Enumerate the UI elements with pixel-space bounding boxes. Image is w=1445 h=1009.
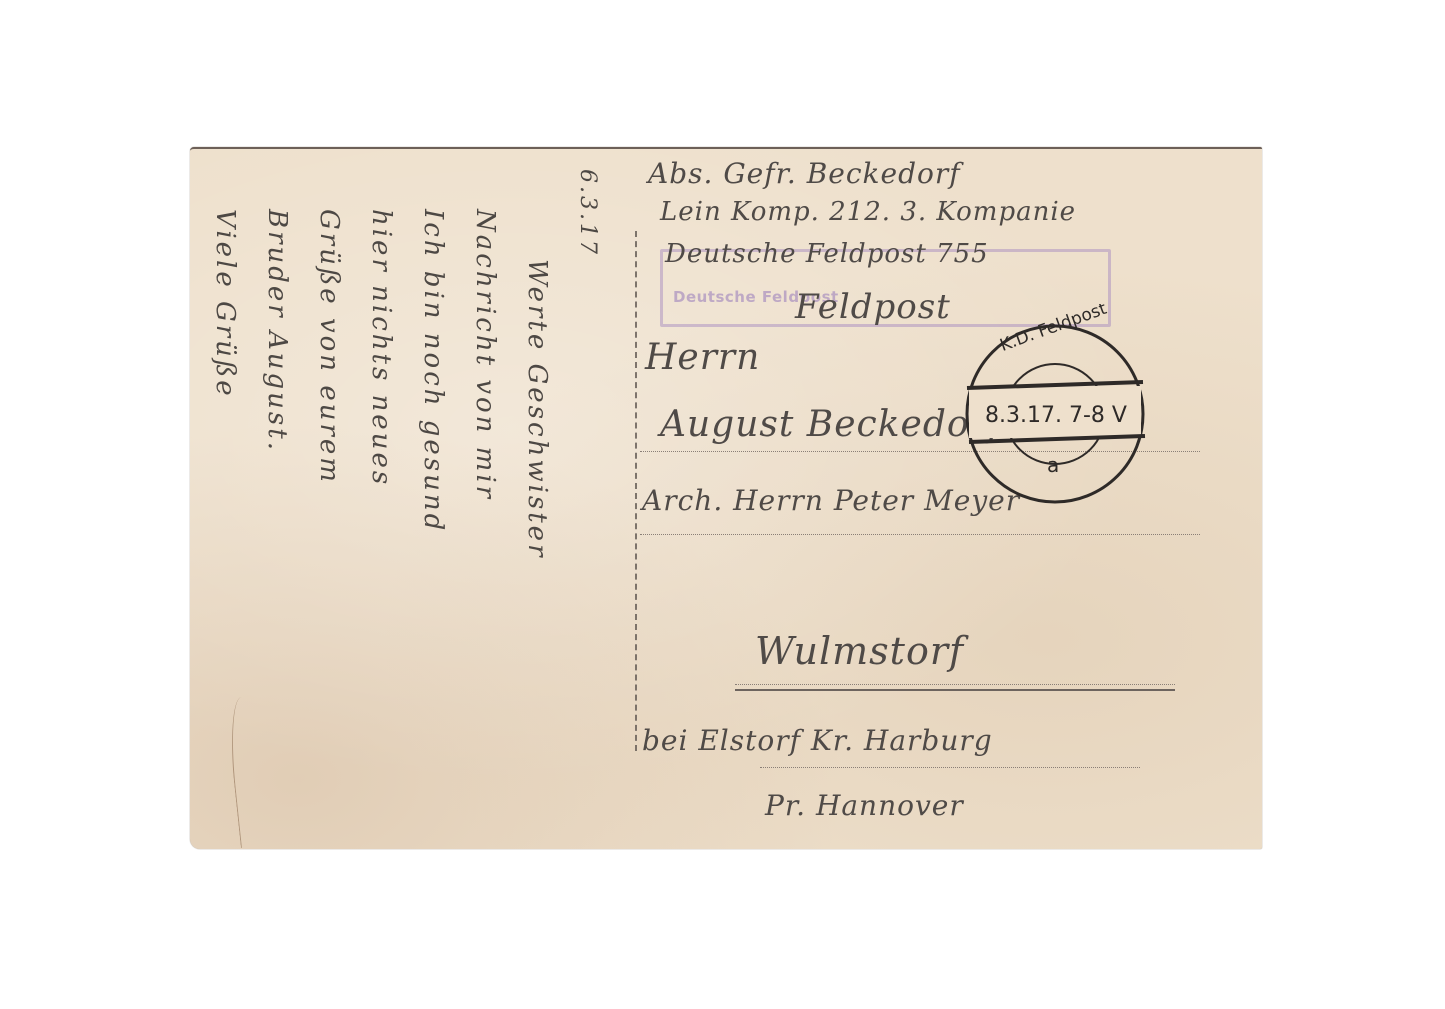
message-line: hier nichts neues — [366, 209, 396, 487]
feldpost-label: Feldpost — [795, 287, 951, 327]
message-line: Grüße von eurem — [314, 209, 344, 485]
postcard: 6.3.17 Werte Geschwister Nachricht von m… — [190, 147, 1262, 849]
postmark-date: 8.3.17. 7-8 V — [985, 403, 1127, 428]
postmark-stamp: K.D. Feldpost 8.3.17. 7-8 V a — [955, 304, 1155, 504]
address-line — [735, 684, 1175, 685]
recipient-name: August Beckedorf — [660, 404, 1002, 445]
message-line: Werte Geschwister — [522, 259, 552, 560]
recipient-town: Wulmstorf — [755, 629, 964, 673]
postmark-bottom-text: a — [1047, 453, 1059, 477]
message-line: Viele Grüße — [210, 209, 240, 399]
message-date: 6.3.17 — [575, 169, 600, 257]
message-line: Ich bin noch gesund — [418, 209, 448, 533]
address-underline — [735, 689, 1175, 691]
recipient-province: Pr. Hannover — [765, 789, 964, 822]
sender-line-3: Deutsche Feldpost 755 — [665, 239, 989, 269]
sender-line-2: Lein Komp. 212. 3. Kompanie — [660, 197, 1076, 227]
address-line — [760, 767, 1140, 768]
recipient-post-office: bei Elstorf Kr. Harburg — [642, 724, 993, 757]
address-line — [640, 534, 1200, 535]
message-line: Bruder August. — [262, 209, 292, 453]
message-area: 6.3.17 Werte Geschwister Nachricht von m… — [200, 169, 630, 829]
recipient-salutation: Herrn — [645, 337, 760, 378]
message-line: Nachricht von mir — [470, 209, 500, 501]
sender-line-1: Abs. Gefr. Beckedorf — [648, 157, 961, 190]
center-divider-line — [635, 231, 637, 751]
postmark-top-text: K.D. Feldpost — [997, 304, 1109, 356]
